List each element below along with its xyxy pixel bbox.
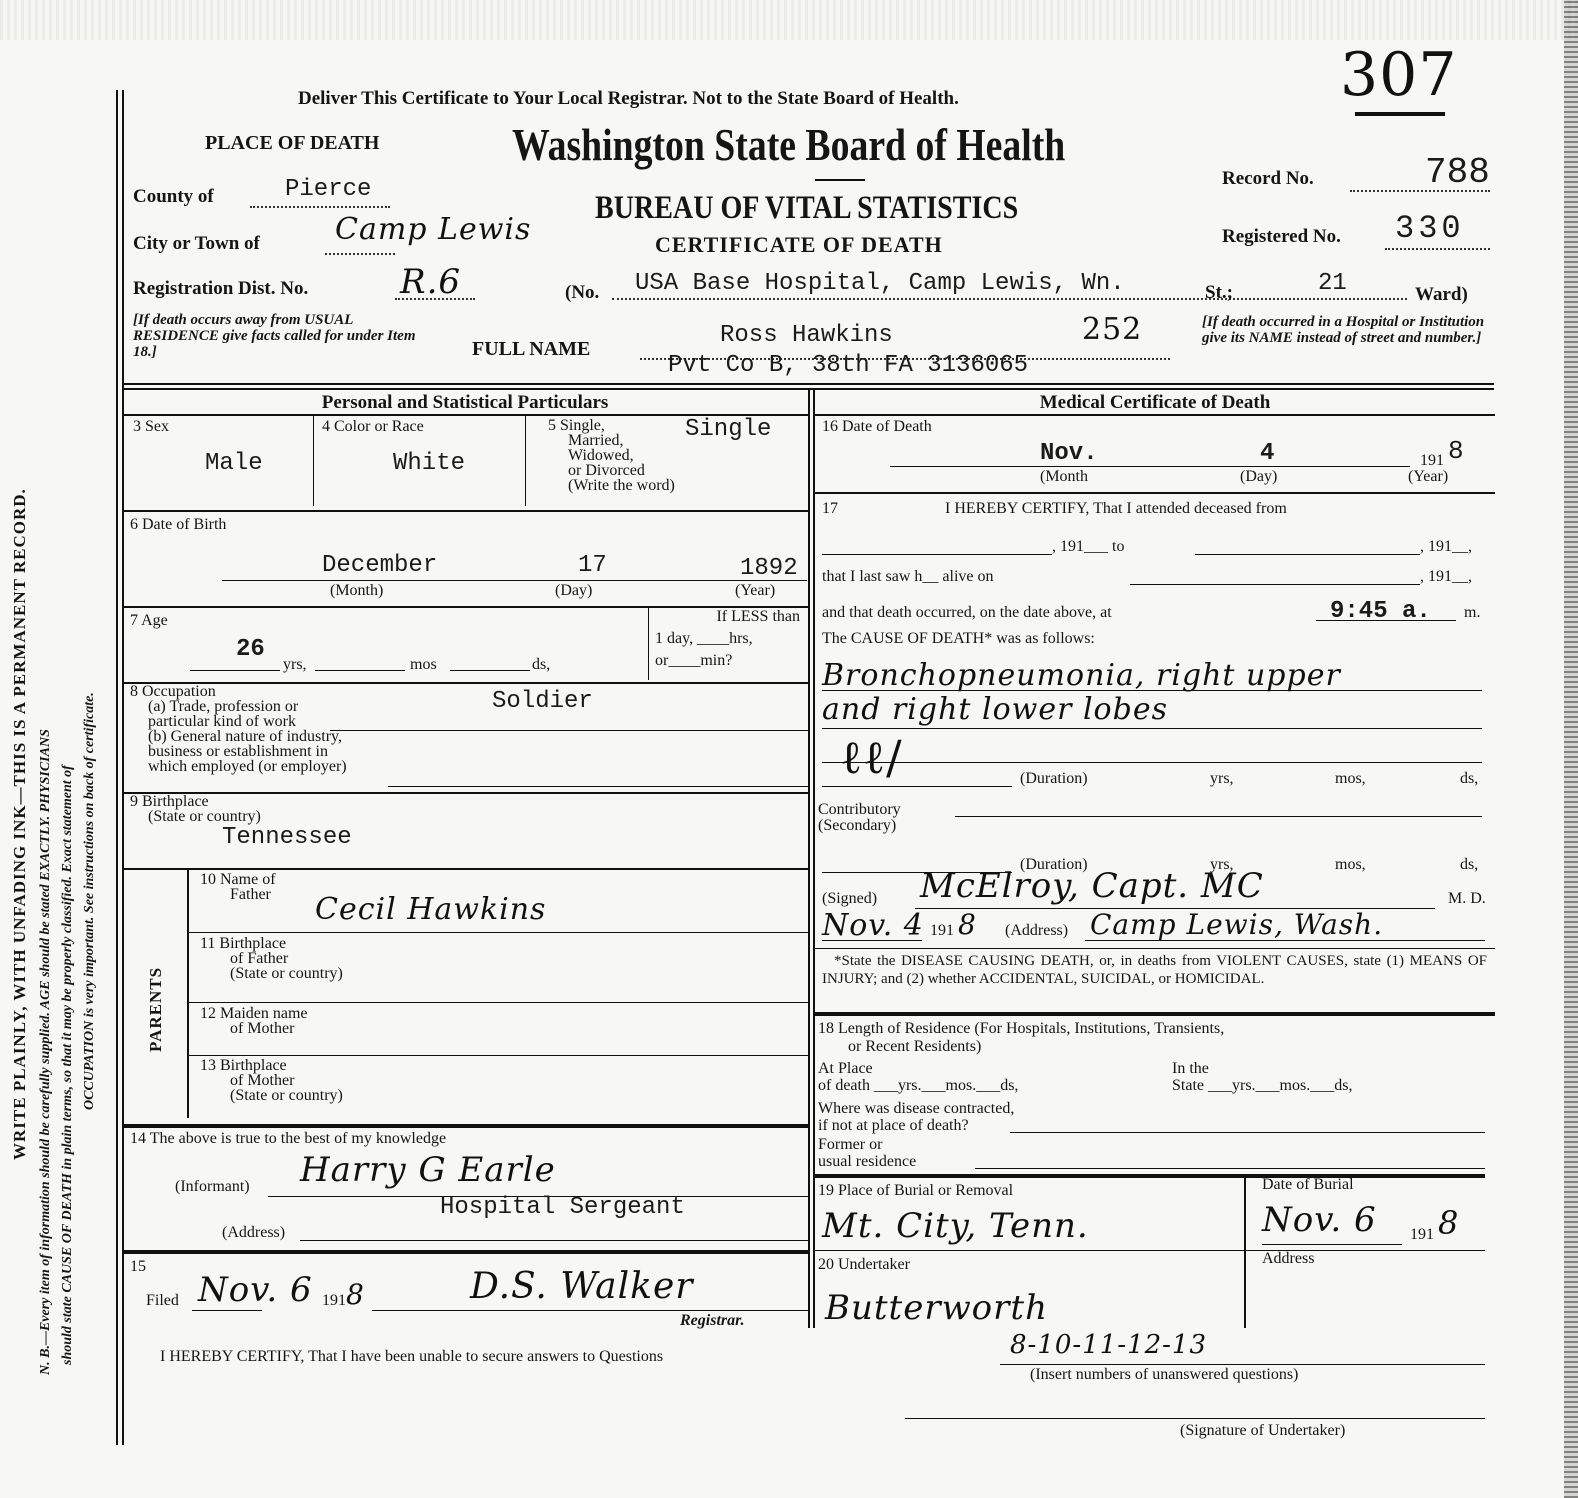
rule	[189, 1055, 808, 1056]
scan-edge-right	[1564, 0, 1578, 1498]
label-line: of Mother	[200, 1073, 343, 1088]
birthplace-label: 9 Birthplace (State or country)	[130, 794, 261, 824]
birthplace-value: Tennessee	[222, 824, 352, 851]
label-line: State ___yrs.___mos.___ds,	[1172, 1077, 1352, 1094]
rule	[189, 932, 808, 933]
cert-number: 17	[822, 500, 838, 518]
county-label: County of	[133, 186, 214, 208]
margin-instruction-4: OCCUPATION is very important. See instru…	[82, 692, 98, 1110]
month-caption: (Month)	[330, 582, 383, 600]
st-label: St.;	[1205, 282, 1233, 304]
certificate-title: CERTIFICATE OF DEATH	[655, 232, 943, 258]
line	[822, 786, 1012, 787]
no-label: (No.	[565, 282, 599, 304]
dob-month: December	[322, 552, 437, 579]
year-caption: (Year)	[735, 582, 775, 600]
marital-label-line: (Write the word)	[548, 478, 675, 493]
physician-signature: McElroy, Capt. MC	[920, 866, 1264, 906]
cause-footnote: *State the DISEASE CAUSING DEATH, or, in…	[822, 952, 1487, 988]
parents-side-label: PARENTS	[146, 967, 166, 1052]
center-divider-1	[808, 388, 810, 1328]
parents-divider	[187, 870, 189, 1118]
rule	[122, 510, 808, 512]
undertaker-address-label: Address	[1262, 1250, 1314, 1268]
dod-line	[890, 466, 1410, 467]
line	[450, 670, 530, 671]
residence-label-2: or Recent Residents)	[848, 1038, 981, 1056]
marital-label-line: Married,	[548, 433, 675, 448]
signed-date: Nov. 4	[822, 908, 924, 943]
cause-line-1: Bronchopneumonia, right upper	[822, 658, 1341, 693]
ds-unit: ds,	[532, 656, 550, 674]
label-line: 13 Birthplace	[200, 1058, 343, 1073]
label-line: (State or country)	[200, 966, 343, 981]
corner-number: 307	[1340, 40, 1458, 110]
dod-day: 4	[1260, 440, 1274, 467]
time-suffix: m.	[1464, 604, 1480, 622]
duration-mos-2: mos,	[1335, 856, 1366, 874]
sex-value: Male	[205, 450, 263, 477]
marital-label-line: or Divorced	[548, 463, 675, 478]
margin-instruction-main: WRITE PLAINLY, WITH UNFADING INK—THIS IS…	[10, 488, 30, 1160]
in-the-state: In the State ___yrs.___mos.___ds,	[1172, 1060, 1352, 1094]
rule	[189, 1002, 808, 1003]
margin-instruction-3: should state CAUSE OF DEATH in plain ter…	[60, 765, 76, 1365]
bp-label-line: 9 Birthplace	[130, 794, 261, 809]
divider	[313, 416, 314, 506]
informant-title: Hospital Sergeant	[440, 1194, 685, 1221]
bp-label-line: (State or country)	[130, 809, 261, 824]
line	[315, 670, 405, 671]
dod-day-caption: (Day)	[1240, 468, 1277, 486]
less-line: or____min?	[655, 650, 800, 672]
undertaker-signature-caption: (Signature of Undertaker)	[1180, 1422, 1345, 1440]
undertaker-label: 20 Undertaker	[818, 1256, 910, 1274]
filing-number: 15	[130, 1258, 146, 1276]
contributory-label: Contributory (Secondary)	[818, 802, 901, 834]
mother-birthplace-label: 13 Birthplace of Mother (State or countr…	[200, 1058, 343, 1103]
cert-line-3-end: , 191__,	[1420, 568, 1472, 586]
line	[192, 1310, 262, 1311]
registrar-signature: D.S. Walker	[470, 1266, 693, 1307]
rule	[122, 868, 808, 870]
day-caption: (Day)	[555, 582, 592, 600]
duration-ds: ds,	[1460, 770, 1478, 788]
marital-label: 5 Single, Married, Widowed, or Divorced …	[548, 418, 675, 493]
label-line: of death ___yrs.___mos.___ds,	[818, 1077, 1018, 1094]
age-label: 7 Age	[130, 612, 168, 630]
scan-edge-top	[0, 0, 1578, 40]
frame-left-inner	[122, 90, 124, 1445]
label-line: Former or	[818, 1136, 916, 1153]
signed-label: (Signed)	[822, 890, 877, 908]
street-value: USA Base Hospital, Camp Lewis, Wn.	[635, 270, 1125, 297]
county-value: Pierce	[285, 176, 371, 203]
residence-label-1: 18 Length of Residence (For Hospitals, I…	[818, 1020, 1224, 1038]
line	[1195, 554, 1420, 555]
label-line: (Secondary)	[818, 818, 901, 834]
dob-year: 1892	[740, 555, 798, 582]
less-line: If LESS than	[655, 606, 800, 628]
unanswered-caption: (Insert numbers of unanswered questions)	[1030, 1366, 1298, 1384]
filed-date: Nov. 6	[198, 1270, 313, 1310]
occupation-value: Soldier	[492, 688, 593, 715]
center-divider-2	[813, 388, 815, 1328]
md-label: M. D.	[1448, 890, 1486, 908]
margin-instruction-2: N. B.—Every item of information should b…	[38, 729, 54, 1375]
thick-rule	[122, 1124, 808, 1128]
label-line: (State or country)	[200, 1088, 343, 1103]
former-residence: Former or usual residence	[818, 1136, 916, 1170]
line	[822, 554, 1052, 555]
label-line: if not at place of death?	[818, 1117, 1014, 1134]
death-certificate: WRITE PLAINLY, WITH UNFADING INK—THIS IS…	[0, 0, 1578, 1498]
record-no-value: 788	[1425, 152, 1490, 193]
rule	[815, 492, 1495, 494]
line	[1010, 1132, 1485, 1133]
ward-value: 21	[1318, 270, 1347, 297]
label-line: Where was disease contracted,	[818, 1100, 1014, 1117]
delivery-note: Deliver This Certificate to Your Local R…	[298, 88, 959, 110]
dod-year-caption: (Year)	[1408, 468, 1448, 486]
filed-year-suffix: 8	[346, 1278, 365, 1311]
burial-place-label: 19 Place of Burial or Removal	[818, 1182, 1013, 1200]
signed-year-prefix: 191	[930, 922, 954, 940]
personal-section-title: Personal and Statistical Particulars	[122, 392, 808, 414]
frame-left-outer	[116, 90, 118, 1445]
dob-label: 6 Date of Birth	[130, 516, 226, 534]
label-line: In the	[1172, 1060, 1352, 1077]
title-rule	[815, 179, 865, 181]
filed-label: Filed	[146, 1292, 179, 1310]
duration-yrs: yrs,	[1210, 770, 1234, 788]
label-line: Father	[200, 887, 276, 902]
physician-address: Camp Lewis, Wash.	[1090, 908, 1383, 941]
registered-no-value: 330	[1395, 210, 1465, 247]
full-name-value: Ross Hawkins	[720, 322, 893, 349]
less-line: 1 day, ____hrs,	[655, 628, 800, 650]
occ-label-line: business or establishment in	[130, 744, 347, 759]
board-title: Washington State Board of Health	[512, 118, 1065, 171]
disease-contracted: Where was disease contracted, if not at …	[818, 1100, 1014, 1134]
hospital-note: [If death occurred in a Hospital or Inst…	[1202, 314, 1494, 346]
thick-rule	[815, 1012, 1495, 1016]
less-than-day: If LESS than 1 day, ____hrs, or____min?	[655, 606, 800, 672]
informant-statement: 14 The above is true to the best of my k…	[130, 1130, 446, 1148]
father-birthplace-label: 11 Birthplace of Father (State or countr…	[200, 936, 343, 981]
occ-label-line: 8 Occupation	[130, 684, 347, 699]
residence-note: [If death occurs away from USUAL RESIDEN…	[133, 312, 433, 360]
label-line: 11 Birthplace	[200, 936, 343, 951]
physician-address-label: (Address)	[1005, 922, 1068, 940]
duration-ds-2: ds,	[1460, 856, 1478, 874]
address-line	[300, 1240, 808, 1241]
dod-month-caption: (Month	[1040, 468, 1088, 486]
full-name-label: FULL NAME	[472, 338, 590, 361]
signed-year-suffix: 8	[958, 908, 977, 941]
race-value: White	[393, 450, 465, 477]
burial-date-value: Nov. 6	[1262, 1200, 1377, 1240]
rule	[815, 414, 1495, 416]
cause-label: The CAUSE OF DEATH* was as follows:	[822, 630, 1095, 648]
informant-label: (Informant)	[175, 1178, 250, 1196]
city-value: Camp Lewis	[335, 212, 531, 247]
line	[1262, 1244, 1402, 1245]
father-name-value: Cecil Hawkins	[315, 892, 546, 927]
label-line: 12 Maiden name	[200, 1006, 308, 1021]
occupation-label: 8 Occupation (a) Trade, profession or pa…	[130, 684, 347, 774]
medical-section-title: Medical Certificate of Death	[815, 392, 1495, 414]
unanswered-questions: 8-10-11-12-13	[1010, 1330, 1207, 1360]
divider	[648, 608, 649, 680]
burial-year-suffix: 8	[1438, 1204, 1459, 1242]
cause-line-2: and right lower lobes	[822, 692, 1168, 727]
at-place-of-death: At Place of death ___yrs.___mos.___ds,	[818, 1060, 1018, 1094]
unanswered-line	[1000, 1364, 1485, 1365]
label-line: of Mother	[200, 1021, 308, 1036]
time-of-death: 9:45 a.	[1330, 598, 1431, 625]
label-line: usual residence	[818, 1153, 916, 1170]
dob-line	[222, 580, 807, 581]
reg-dist-value: R.6	[400, 262, 461, 302]
city-label: City or Town of	[133, 233, 260, 255]
line	[388, 786, 808, 787]
occ-label-line: (b) General nature of industry,	[130, 729, 347, 744]
line	[822, 690, 1482, 691]
line	[1130, 584, 1420, 585]
duration-mos: mos,	[1335, 770, 1366, 788]
registrar-line	[372, 1310, 808, 1311]
burial-divider	[1244, 1176, 1246, 1328]
line	[822, 728, 1482, 729]
father-name-label: 10 Name of Father	[200, 872, 276, 902]
cert-line-2-mid: , 191___ to	[1052, 538, 1124, 556]
line	[822, 762, 1482, 763]
dob-day: 17	[578, 552, 607, 579]
dod-label: 16 Date of Death	[822, 418, 932, 436]
burial-place-value: Mt. City, Tenn.	[822, 1206, 1089, 1246]
cert-line-1: I HEREBY CERTIFY, That I attended deceas…	[945, 500, 1287, 518]
place-of-death-heading: PLACE OF DEATH	[205, 132, 379, 155]
marital-label-line: 5 Single,	[548, 418, 675, 433]
rule	[815, 948, 1495, 949]
duration-label: (Duration)	[1020, 770, 1088, 788]
mother-maiden-label: 12 Maiden name of Mother	[200, 1006, 308, 1036]
label-line: At Place	[818, 1060, 1018, 1077]
footer-certify-text: I HEREBY CERTIFY, That I have been unabl…	[160, 1348, 663, 1366]
label-line: 10 Name of	[200, 872, 276, 887]
dod-month: Nov.	[1040, 440, 1098, 467]
thick-rule	[815, 1174, 1485, 1178]
ward-label: Ward)	[1415, 284, 1468, 306]
cert-line-2-end: , 191__,	[1420, 538, 1472, 556]
registrar-label: Registrar.	[680, 1312, 744, 1330]
line	[955, 816, 1482, 817]
unit-value: Pvt Co B, 38th FA 3136065	[668, 352, 1028, 379]
sex-label: 3 Sex	[133, 418, 169, 436]
rule	[815, 1250, 1485, 1251]
filed-year-prefix: 191	[322, 1292, 346, 1310]
undertaker-value: Butterworth	[825, 1288, 1048, 1328]
burial-year-prefix: 191	[1410, 1226, 1434, 1244]
corner-underline	[1355, 112, 1445, 116]
bureau-title: BUREAU OF VITAL STATISTICS	[595, 190, 1018, 227]
registered-no-label: Registered No.	[1222, 226, 1341, 248]
undertaker-signature-line	[905, 1418, 1485, 1419]
age-value: 26	[236, 636, 265, 663]
dod-year-suffix: 8	[1448, 436, 1464, 466]
mos-unit: mos	[410, 656, 437, 674]
cert-line-4: and that death occurred, on the date abo…	[822, 604, 1112, 622]
cert-line-3: that I last saw h__ alive on	[822, 568, 994, 586]
thick-rule	[122, 1250, 808, 1254]
line	[190, 670, 280, 671]
line	[330, 730, 808, 731]
burial-date-label: Date of Burial	[1262, 1176, 1354, 1194]
record-no-label: Record No.	[1222, 168, 1314, 190]
table-top-rule-1	[122, 383, 1494, 385]
line	[975, 1168, 1485, 1169]
marital-value: Single	[685, 416, 771, 443]
label-line: Contributory	[818, 802, 901, 818]
marital-label-line: Widowed,	[548, 448, 675, 463]
address-label: (Address)	[222, 1224, 285, 1242]
divider	[525, 416, 526, 506]
occ-label-line: (a) Trade, profession or	[130, 699, 347, 714]
occ-label-line: particular kind of work	[130, 714, 347, 729]
race-label: 4 Color or Race	[322, 418, 424, 436]
label-line: of Father	[200, 951, 343, 966]
annotation-number: 252	[1082, 312, 1142, 347]
informant-signature: Harry G Earle	[300, 1150, 556, 1190]
occ-label-line: which employed (or employer)	[130, 759, 347, 774]
cause-mark: ℓℓ/	[840, 730, 903, 784]
yrs-unit: yrs,	[283, 656, 307, 674]
reg-dist-label: Registration Dist. No.	[133, 278, 308, 300]
